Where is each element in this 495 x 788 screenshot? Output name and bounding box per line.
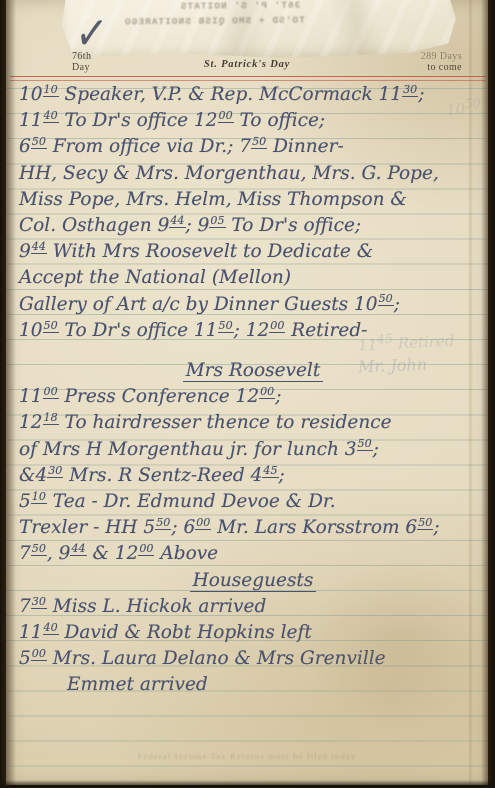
red-header-rule (10, 76, 486, 81)
fdr-entry-line: Col. Osthagen 944; 905 To Dr's office; (19, 213, 487, 239)
fdr-entry-line: Miss Pope, Mrs. Helm, Miss Thompson & (19, 187, 487, 213)
er-entry-line: 750, 944 & 1200 Above (19, 541, 487, 567)
houseguests-heading: Houseguests (19, 568, 487, 594)
days-remaining-label: to come (421, 62, 462, 73)
fdr-entry-line: 1050 To Dr's office 1150; 1200 Retired- (19, 318, 487, 344)
er-entry-line: 1218 To hairdresser thence to residence (19, 410, 487, 436)
houseguests-heading-text: Houseguests (190, 570, 317, 592)
fdr-entry-line: 944 With Mrs Roosevelt to Dedicate & (19, 239, 487, 265)
header-holiday: St. Patrick's Day (6, 59, 488, 70)
section-gap (19, 344, 487, 358)
header-days-remaining: 289 Days to come (421, 51, 462, 73)
fdr-entry-line: Accept the National (Mellon) (19, 265, 487, 291)
diary-page: 36T' P' S' NOITATS TO'SD + SMO QISB SNOI… (6, 0, 488, 785)
houseguest-entry-line: 730 Miss L. Hickok arrived (19, 594, 487, 620)
mrs-roosevelt-heading: Mrs Roosevelt (19, 358, 487, 384)
page-right-edge (481, 0, 495, 788)
fdr-entry-line: 1010 Speaker, V.P. & Rep. McCormack 1130… (19, 82, 487, 108)
days-remaining-count: 289 Days (421, 51, 462, 62)
er-entry-line: 510 Tea - Dr. Edmund Devoe & Dr. (19, 489, 487, 515)
mrs-roosevelt-heading-text: Mrs Roosevelt (183, 360, 324, 382)
diary-scan: 36T' P' S' NOITATS TO'SD + SMO QISB SNOI… (0, 0, 495, 788)
er-entry-line: 1100 Press Conference 1200; (19, 384, 487, 410)
mirrored-typed-text-line1: 36T' P' S' NOITATS (180, 0, 301, 12)
taped-translucent-slip: 36T' P' S' NOITATS TO'SD + SMO QISB SNOI… (62, 0, 457, 60)
er-entry-line: Trexler - HH 550; 600 Mr. Lars Korsstrom… (19, 515, 487, 541)
page-bottom-edge (0, 780, 495, 788)
fdr-entry-line: 650 From office via Dr.; 750 Dinner- (19, 134, 487, 160)
er-entry-line: of Mrs H Morgenthau jr. for lunch 350; (19, 437, 487, 463)
mirrored-typed-text-line2: TO'SD + SMO QISB SNOITAREGO (124, 15, 305, 28)
fdr-entry-line: Gallery of Art a/c by Dinner Guests 1050… (19, 292, 487, 318)
houseguest-entry-line: 500 Mrs. Laura Delano & Mrs Grenville (19, 646, 487, 672)
houseguest-entry-line: Emmet arrived (19, 672, 487, 698)
printed-footer-note: Federal Income Tax Returns must be filed… (6, 751, 488, 761)
handwritten-entries: 1010 Speaker, V.P. & Rep. McCormack 1130… (19, 82, 487, 699)
houseguest-entry-line: 1140 David & Robt Hopkins left (19, 620, 487, 646)
page-crease-shadow (468, 0, 473, 788)
er-entry-line: &430 Mrs. R Sentz-Reed 445; (19, 463, 487, 489)
fdr-entry-line: 1140 To Dr's office 1200 To office; (19, 108, 487, 134)
book-gutter-edge (0, 0, 16, 788)
fdr-entry-line: HH, Secy & Mrs. Morgenthau, Mrs. G. Pope… (19, 161, 487, 187)
